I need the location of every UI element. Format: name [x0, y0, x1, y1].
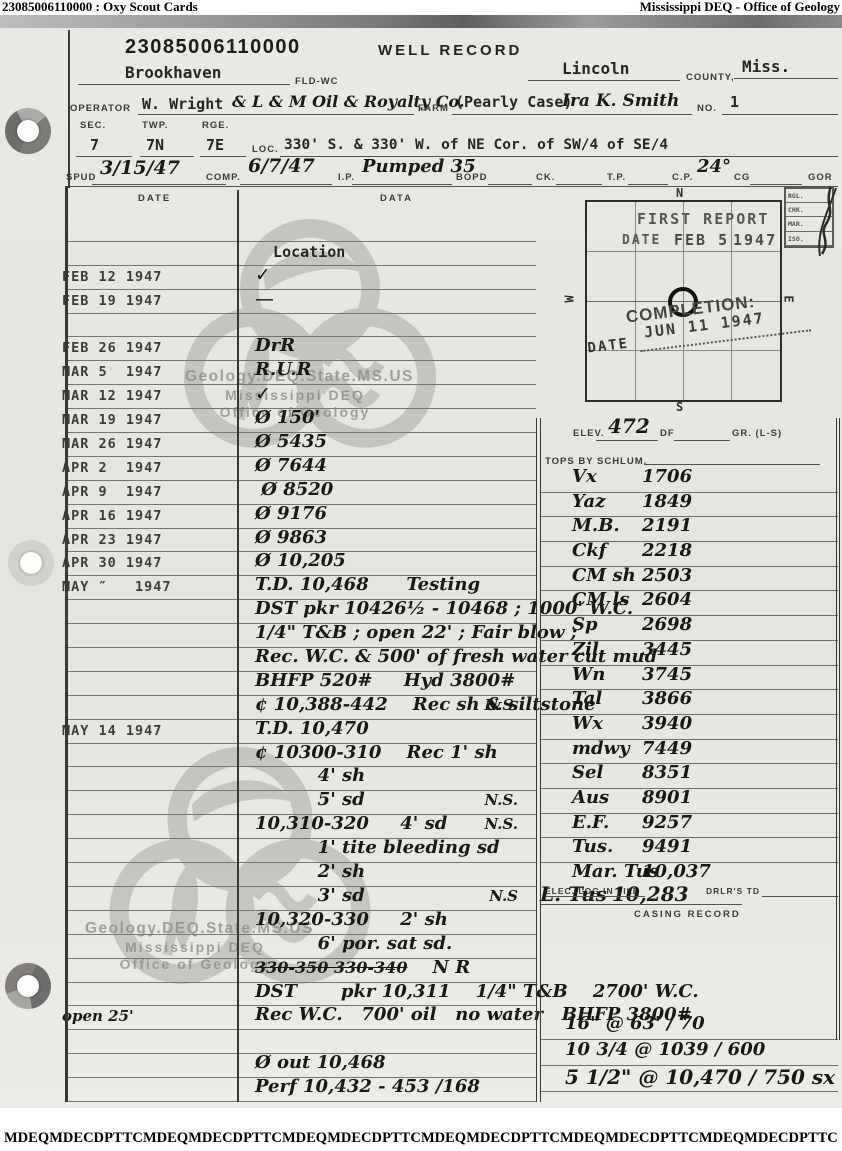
row-date: MAR 5 1947	[62, 364, 162, 380]
farm-name: (Pearly Case)	[455, 93, 572, 111]
row-note: N.S.	[485, 696, 519, 714]
table-row: MAR 12 1947✓	[65, 385, 536, 409]
row-data: Ø 5435	[255, 431, 327, 452]
row-data: 5' sd	[255, 789, 365, 810]
field-name: Brookhaven	[125, 63, 221, 82]
footer-strip: MDEQMDECDPTTCMDEQMDECDPTTCMDEQMDECDPTTCM…	[4, 1130, 838, 1147]
footer-item: MDEQ	[282, 1130, 327, 1147]
formation-depth: 3940	[642, 713, 692, 734]
daily-report-table: LocationFEB 12 1947✓FEB 19 1947—FEB 26 1…	[65, 218, 536, 1102]
table-row: MAY ″ 1947T.D. 10,468 Testing	[65, 576, 536, 600]
comp-label: COMP.	[206, 172, 241, 183]
data-column-header: DATA	[380, 193, 413, 204]
first-report-year: 1947	[733, 231, 777, 249]
row-data: T.D. 10,470	[255, 718, 369, 739]
cp-value: 24°	[697, 156, 731, 177]
row-data: Location	[255, 240, 345, 259]
row-data: 1/4" T&B ; open 22' ; Fair blow ;	[255, 622, 577, 643]
sec-label: SEC.	[80, 120, 106, 131]
row-date: APR 23 1947	[62, 532, 162, 548]
ruled-line	[240, 184, 332, 185]
ruled-vline	[839, 418, 840, 1040]
table-row	[65, 1030, 536, 1054]
compass-west: W	[563, 295, 577, 302]
title-bar: 23085006110000 : Oxy Scout Cards Mississ…	[0, 0, 842, 14]
ruled-line	[674, 440, 730, 441]
table-row: FEB 26 1947DrR	[65, 337, 536, 361]
formation-name: Yaz	[572, 491, 605, 512]
twp-label: TWP.	[142, 120, 169, 131]
table-row: APR 2 1947Ø 7644	[65, 457, 536, 481]
formation-name: Tal	[572, 688, 602, 709]
row-date: FEB 19 1947	[62, 293, 162, 309]
row-data: 330-350 330-340 N R	[255, 957, 470, 978]
table-row: ¢ 10,388-442 Rec sh & siltstoneN.S.	[65, 696, 536, 720]
row-date: APR 2 1947	[62, 460, 162, 476]
formation-top-row: Aus8901	[540, 789, 838, 814]
row-note: N.S.	[485, 791, 519, 809]
ruled-line	[452, 114, 692, 115]
row-date: open 25'	[62, 1007, 134, 1025]
drlrs-td-label: DRLR'S TD	[706, 886, 760, 896]
card-title: WELL RECORD	[378, 42, 522, 59]
formation-depth: 8351	[642, 762, 692, 783]
row-data: Ø 7644	[255, 455, 327, 476]
row-date: FEB 26 1947	[62, 340, 162, 356]
row-note: N.S	[489, 887, 518, 905]
formation-depth: 2503	[642, 565, 692, 586]
row-data: 4' sh	[255, 765, 365, 786]
table-row: 1/4" T&B ; open 22' ; Fair blow ;	[65, 624, 536, 648]
formation-name: CM sh	[572, 565, 636, 586]
ruled-line	[65, 186, 838, 187]
ruled-line	[628, 184, 668, 185]
row-date: MAR 26 1947	[62, 436, 162, 452]
table-row: 1' tite bleeding sd	[65, 839, 536, 863]
ip-label: I.P.	[338, 172, 355, 183]
footer-item: MDEQ	[699, 1130, 744, 1147]
formation-top-row: Sel8351	[540, 764, 838, 789]
table-row: DST pkr 10426½ - 10468 ; 1000' W.C.	[65, 600, 536, 624]
table-row: MAR 5 1947R.U.R	[65, 361, 536, 385]
footer-item: PTTC	[660, 1130, 699, 1147]
sec-value: 7	[90, 136, 99, 154]
row-data: —	[255, 288, 274, 310]
table-row: APR 16 1947Ø 9176	[65, 505, 536, 529]
first-report-stamp: FIRST REPORT	[637, 210, 769, 228]
scan-edge-strip	[0, 15, 842, 28]
table-row: 6' por. sat sd.	[65, 935, 536, 959]
farm-label: FARM	[418, 103, 449, 114]
spud-label: SPUD	[66, 172, 96, 183]
formation-depth: 2218	[642, 540, 692, 561]
row-data: R.U.R	[255, 359, 312, 380]
formation-depth: 3445	[642, 639, 692, 660]
formation-name: Wn	[572, 664, 605, 685]
footer-item: MDECD	[466, 1130, 521, 1147]
table-row: 5' sdN.S.	[65, 791, 536, 815]
formation-top-row: M.B.2191	[540, 517, 838, 542]
formation-name: Wx	[572, 713, 603, 734]
formation-top-row: Vx1706	[540, 468, 838, 493]
ruled-vline	[65, 186, 68, 1102]
footer-item: MDECD	[327, 1130, 382, 1147]
formation-top-row: Sp2698	[540, 616, 838, 641]
table-row: 4' sh	[65, 767, 536, 791]
no-label: NO.	[697, 103, 717, 114]
table-row: MAY 14 1947T.D. 10,470	[65, 720, 536, 744]
elev-value: 472	[608, 414, 650, 438]
routing-signature	[798, 182, 842, 260]
footer-item: MDEQ	[421, 1130, 466, 1147]
table-row: FEB 19 1947—	[65, 290, 536, 314]
footer-item: PTTC	[104, 1130, 143, 1147]
table-row: Perf 10,432 - 453 /168	[65, 1078, 536, 1102]
row-data: ✓	[255, 264, 271, 286]
row-data: Ø 9176	[255, 503, 327, 524]
casing-record-list: 16" @ 63' / 7010 3/4 @ 1039 / 6005 1/2" …	[540, 1014, 838, 1092]
formation-name: mdwy	[572, 738, 630, 759]
rge-label: RGE.	[202, 120, 229, 131]
formation-depth: 2698	[642, 614, 692, 635]
table-row: ¢ 10300-310 Rec 1' sh	[65, 744, 536, 768]
row-data: 10,320-330 2' sh	[255, 909, 448, 930]
formation-name: CM ls	[572, 589, 630, 610]
formation-name: E.F.	[572, 812, 609, 833]
formation-name: Sel	[572, 762, 603, 783]
first-report-date-label: DATE	[622, 233, 661, 248]
farm-handwritten: Ira K. Smith	[562, 91, 679, 111]
formation-top-row: Wn3745	[540, 666, 838, 691]
footer-item: PTTC	[521, 1130, 560, 1147]
formation-depth: 1706	[642, 466, 692, 487]
table-row: APR 23 1947Ø 9863	[65, 529, 536, 553]
row-date: APR 9 1947	[62, 484, 162, 500]
row-data: Perf 10,432 - 453 /168	[255, 1076, 480, 1097]
field-label: FLD-WC	[295, 76, 338, 87]
table-row: 2' sh	[65, 863, 536, 887]
ruled-line	[540, 904, 742, 905]
row-data: DrR	[255, 335, 295, 356]
row-data: Ø 9863	[255, 527, 327, 548]
ruled-line	[596, 440, 658, 441]
formation-name: Sp	[572, 614, 598, 635]
formation-name: Vx	[572, 466, 597, 487]
row-data: 6' por. sat sd.	[255, 933, 452, 954]
formation-name: Tus.	[572, 836, 613, 857]
row-note: N.S.	[485, 815, 519, 833]
spud-date: 3/15/47	[100, 157, 180, 179]
table-row: Rec. W.C. & 500' of fresh water cut mud	[65, 648, 536, 672]
table-row: MAR 26 1947Ø 5435	[65, 433, 536, 457]
table-row: 3' sdN.S	[65, 887, 536, 911]
formation-top-row: E.F.9257	[540, 814, 838, 839]
table-row: Ø out 10,468	[65, 1054, 536, 1078]
row-data: 1' tite bleeding sd	[255, 837, 500, 858]
table-row: APR 30 1947Ø 10,205	[65, 552, 536, 576]
compass-north: N	[676, 186, 683, 200]
table-row	[65, 314, 536, 338]
casing-row: 16" @ 63' / 70	[540, 1014, 838, 1040]
ruled-line	[556, 184, 602, 185]
row-data: 10,310-320 4' sd	[255, 813, 447, 834]
row-data: ¢ 10300-310 Rec 1' sh	[255, 742, 498, 763]
casing-record-label: CASING RECORD	[634, 909, 741, 920]
formation-top-row: Wx3940	[540, 715, 838, 740]
formation-depth: 10,037	[642, 861, 711, 882]
footer-item: MDEQ	[560, 1130, 605, 1147]
formation-depth: 1849	[642, 491, 692, 512]
ruled-line	[762, 896, 838, 897]
county-name: Lincoln	[562, 59, 629, 78]
punch-hole	[8, 540, 54, 586]
footer-item: MDECD	[49, 1130, 104, 1147]
row-date: APR 16 1947	[62, 508, 162, 524]
elev-label: ELEV.	[573, 428, 605, 439]
row-data: Ø 150'	[255, 407, 320, 428]
table-row: FEB 12 1947✓	[65, 266, 536, 290]
table-row: 10,320-330 2' sh	[65, 911, 536, 935]
gr-label: GR. (L-S)	[732, 428, 782, 439]
row-data: Ø 10,205	[255, 550, 346, 571]
ruled-line	[734, 78, 838, 79]
last-top-depth: 10,283	[612, 882, 689, 906]
formation-depth: 2191	[642, 515, 692, 536]
tp-label: T.P.	[607, 172, 626, 183]
ck-label: CK.	[536, 172, 555, 183]
formation-top-row: mdwy7449	[540, 740, 838, 765]
ruled-line	[750, 184, 802, 185]
formation-depth: 2604	[642, 589, 692, 610]
county-label: COUNTY,	[686, 72, 735, 83]
ruled-line	[92, 184, 226, 185]
well-no: 1	[730, 93, 739, 111]
ruled-vline	[836, 418, 837, 1040]
compass-south: S	[676, 400, 683, 414]
formation-top-row: Tal3866	[540, 690, 838, 715]
row-data: Ø out 10,468	[255, 1052, 386, 1073]
api-well-number: 23085006110000	[125, 36, 301, 59]
row-data: 2' sh	[255, 861, 365, 882]
operator-label: OPERATOR	[70, 103, 131, 114]
bopd-label: BOPD	[456, 172, 487, 183]
ruled-line	[352, 184, 452, 185]
loc-label: LOC.	[252, 144, 279, 155]
formation-name: Ckf	[572, 540, 607, 561]
last-top-name: L. Tus	[540, 882, 607, 906]
row-date: MAR 19 1947	[62, 412, 162, 428]
row-data: DST pkr 10,311 1/4" T&B 2700' W.C.	[255, 981, 699, 1002]
row-date: FEB 12 1947	[62, 269, 162, 285]
window-title: 23085006110000 : Oxy Scout Cards	[2, 0, 198, 15]
rge-value: 7E	[206, 136, 224, 154]
ruled-line	[528, 80, 680, 81]
ruled-vline	[68, 30, 70, 188]
formation-depth: 7449	[642, 738, 692, 759]
formation-name: M.B.	[572, 515, 620, 536]
ruled-line	[722, 114, 838, 115]
formation-name: Zil	[572, 639, 599, 660]
formation-top-row: Zil3445	[540, 641, 838, 666]
operator-name: W. Wright	[142, 95, 223, 113]
formation-depth: 3745	[642, 664, 692, 685]
table-row: DST pkr 10,311 1/4" T&B 2700' W.C.	[65, 983, 536, 1007]
formation-top-row: Ckf2218	[540, 542, 838, 567]
table-row: 330-350 330-340 N R	[65, 959, 536, 983]
ruled-line	[138, 114, 414, 115]
table-row: Location	[65, 242, 536, 266]
footer-item: MDEQ	[143, 1130, 188, 1147]
formation-top-row: Yaz1849	[540, 493, 838, 518]
formation-name: Aus	[572, 787, 609, 808]
ruled-line	[644, 464, 820, 465]
ruled-vline	[540, 418, 541, 1102]
formation-top-row: Tus.9491	[540, 838, 838, 863]
formation-top-row: CM ls2604	[540, 591, 838, 616]
punch-hole	[5, 108, 51, 154]
scout-card-page: 23085006110000 : Oxy Scout Cards Mississ…	[0, 0, 842, 1151]
formation-depth: 8901	[642, 787, 692, 808]
cp-label: C.P.	[672, 172, 693, 183]
ruled-line	[76, 156, 132, 157]
row-data: ✓	[255, 383, 271, 405]
ruled-line	[78, 84, 290, 85]
ruled-line	[140, 156, 194, 157]
table-row	[65, 218, 536, 242]
formation-depth: 3866	[642, 688, 692, 709]
cg-label: CG	[734, 172, 750, 183]
table-row: 10,310-320 4' sdN.S.	[65, 815, 536, 839]
agency-title: Mississippi DEQ - Office of Geology	[640, 0, 840, 15]
formation-depth: 9491	[642, 836, 692, 857]
ruled-vline	[536, 418, 537, 1102]
table-row: open 25'Rec W.C. 700' oil no water BHFP …	[65, 1006, 536, 1030]
row-date: MAR 12 1947	[62, 388, 162, 404]
table-row: APR 9 1947 Ø 8520	[65, 481, 536, 505]
punch-hole	[5, 963, 51, 1009]
table-row: MAR 19 1947Ø 150'	[65, 409, 536, 433]
state-name: Miss.	[742, 57, 790, 76]
df-label: DF	[660, 428, 675, 439]
formation-tops-list: Vx1706Yaz1849M.B.2191Ckf2218CM sh2503CM …	[540, 468, 838, 888]
footer-item: MDECD	[744, 1130, 799, 1147]
ruled-line	[200, 156, 246, 157]
row-data: BHFP 520# Hyd 3800#	[255, 670, 515, 691]
table-row: BHFP 520# Hyd 3800#	[65, 672, 536, 696]
row-date: APR 30 1947	[62, 555, 162, 571]
ruled-line	[545, 896, 645, 897]
twp-value: 7N	[146, 136, 164, 154]
footer-item: MDECD	[188, 1130, 243, 1147]
formation-depth: 9257	[642, 812, 692, 833]
casing-row: 5 1/2" @ 10,470 / 750 sx	[540, 1066, 838, 1092]
ruled-line	[280, 156, 838, 157]
loc-value: 330' S. & 330' W. of NE Cor. of SW/4 of …	[284, 137, 668, 153]
row-date: MAY ″ 1947	[62, 579, 172, 595]
row-date: MAY 14 1947	[62, 723, 162, 739]
row-data: Ø 8520	[255, 479, 333, 500]
date-column-header: DATE	[138, 193, 171, 204]
casing-row: 10 3/4 @ 1039 / 600	[540, 1040, 838, 1066]
comp-date: 6/7/47	[248, 155, 315, 177]
first-report-date: FEB 5	[674, 231, 729, 249]
footer-item: PTTC	[243, 1130, 282, 1147]
footer-item: PTTC	[382, 1130, 421, 1147]
row-data: T.D. 10,468 Testing	[255, 574, 480, 595]
ruled-line	[488, 184, 532, 185]
formation-top-row: CM sh2503	[540, 567, 838, 592]
ruled-vline	[237, 190, 239, 1102]
footer-item: MDEQ	[4, 1130, 49, 1147]
row-data: 3' sd	[255, 885, 365, 906]
footer-item: MDECD	[605, 1130, 660, 1147]
footer-item: PTTC	[799, 1130, 838, 1147]
